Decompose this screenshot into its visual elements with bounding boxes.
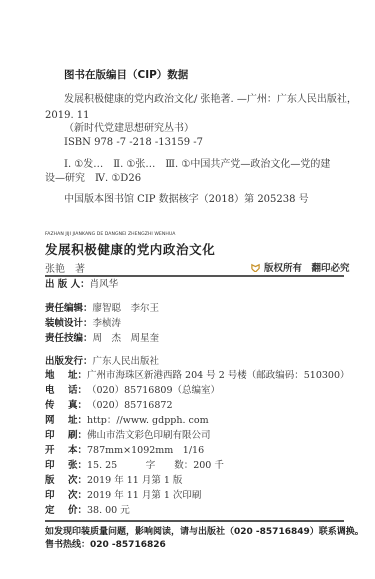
detail-label: 传真：	[45, 400, 87, 412]
detail-label: 定价：	[45, 505, 87, 517]
cip-number: 中国版本图书馆 CIP 数据核字（2018）第 205238 号	[64, 193, 309, 206]
quality-notice: 如发现印装质量问题，影响阅读，请与出版社（020 -85716849）联系调换。	[45, 524, 364, 537]
shield-book-icon	[251, 263, 260, 272]
detail-value: （020）85716809（总编室）	[87, 385, 220, 397]
detail-label: 地址：	[45, 370, 87, 382]
publisher-value: 肖风华	[90, 279, 119, 291]
detail-row-address: 地址： 广州市海珠区新港西路 204 号 2 号楼（邮政编码：510300）	[45, 370, 350, 382]
detail-value: （020）85716872	[87, 400, 173, 412]
issuer-row: 出版发行： 广东人民出版社	[45, 356, 159, 368]
technical-editor-label: 责任技编：	[45, 333, 93, 345]
detail-label: 开本：	[45, 445, 87, 457]
header-divider	[45, 275, 344, 277]
detail-value: 38. 00 元	[87, 505, 130, 517]
detail-row-format: 开本： 787mm×1092mm 1/16	[45, 445, 204, 457]
technical-editor-value: 周 杰 周星奎	[93, 333, 160, 345]
detail-label: 网址：	[45, 415, 87, 427]
detail-row-sheets: 印张： 15. 25 字 数：200 千	[45, 460, 224, 472]
detail-label: 印次：	[45, 490, 87, 502]
issuer-label: 出版发行：	[45, 356, 93, 368]
detail-value: 15. 25 字 数：200 千	[87, 460, 224, 472]
detail-label: 版次：	[45, 475, 87, 487]
detail-row-edition: 版次： 2019 年 11 月第 1 版	[45, 475, 182, 487]
cip-bibliographic-line: 发展积极健康的党内政治文化/ 张艳著. —广州：广东人民出版社，	[64, 93, 357, 106]
pinyin-title: FAZHAN JIJI JIANKANG DE DANGNEI ZHENGZHI…	[45, 232, 175, 237]
binding-design-label: 装帧设计：	[45, 318, 93, 330]
detail-value: 广州市海珠区新港西路 204 号 2 号楼（邮政编码：510300）	[87, 370, 350, 382]
author: 张艳 著	[45, 260, 85, 275]
cip-classification-1: Ⅰ. ①发… Ⅱ. ①张… Ⅲ. ①中国共产党—政治文化—党的建	[64, 158, 330, 171]
cip-classification-2: 设—研究 Ⅳ. ①D26	[45, 172, 141, 185]
detail-label: 电话：	[45, 385, 87, 397]
detail-value: 2019 年 11 月第 1 版	[87, 475, 182, 487]
technical-editor-row: 责任技编： 周 杰 周星奎	[45, 333, 159, 345]
sales-hotline: 售书热线：020 -85716826	[45, 537, 166, 550]
detail-value: http：//www. gdpph. com	[87, 415, 209, 427]
cip-date-line: 2019. 11	[45, 109, 90, 122]
cip-series: （新时代党建思想研究丛书）	[64, 122, 194, 135]
detail-row-printing: 印次： 2019 年 11 月第 1 次印刷	[45, 490, 201, 502]
binding-design-value: 李桢涛	[93, 318, 122, 330]
responsible-editor-row: 责任编辑： 廖智聪 李尔王	[45, 303, 159, 315]
detail-row-printer: 印刷： 佛山市浩文彩色印刷有限公司	[45, 430, 211, 442]
responsible-editor-label: 责任编辑：	[45, 303, 93, 315]
issuer-value: 广东人民出版社	[93, 356, 160, 368]
publisher-row: 出 版 人： 肖风华	[45, 279, 118, 291]
copyright-text: 版权所有 翻印必究	[264, 260, 350, 274]
detail-value: 2019 年 11 月第 1 次印刷	[87, 490, 201, 502]
cip-heading: 图书在版编目（CIP）数据	[64, 67, 188, 82]
detail-row-fax: 传真： （020）85716872	[45, 400, 173, 412]
book-title: 发展积极健康的党内政治文化	[45, 240, 215, 258]
detail-value: 佛山市浩文彩色印刷有限公司	[87, 430, 211, 442]
publisher-label: 出 版 人：	[45, 279, 90, 291]
footer-divider	[45, 520, 344, 522]
binding-design-row: 装帧设计： 李桢涛	[45, 318, 121, 330]
copyright-notice: 版权所有 翻印必究	[251, 260, 350, 274]
cip-isbn: ISBN 978 -7 -218 -13159 -7	[64, 136, 203, 149]
detail-label: 印张：	[45, 460, 87, 472]
responsible-editor-value: 廖智聪 李尔王	[93, 303, 160, 315]
detail-row-price: 定价： 38. 00 元	[45, 505, 130, 517]
detail-row-website: 网址： http：//www. gdpph. com	[45, 415, 209, 427]
detail-row-phone: 电话： （020）85716809（总编室）	[45, 385, 220, 397]
detail-value: 787mm×1092mm 1/16	[87, 445, 204, 457]
detail-label: 印刷：	[45, 430, 87, 442]
